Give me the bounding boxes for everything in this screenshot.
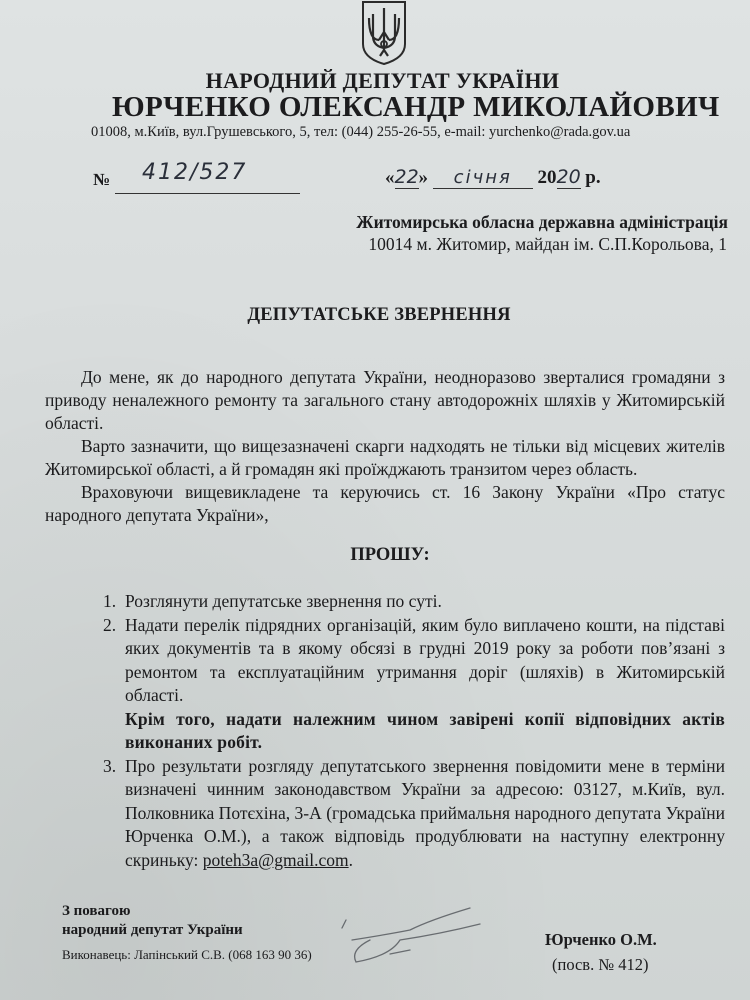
paragraph-1: До мене, як до народного депутата Україн… [45, 366, 725, 435]
request-tail: . [349, 850, 353, 870]
email-link[interactable]: poteh3a@gmail.com [203, 850, 349, 870]
date-year-unit: р. [585, 167, 600, 188]
request-number: 1. [103, 590, 116, 614]
date-month: січня [433, 167, 533, 189]
request-bold-note: Крім того, надати належним чином завірен… [125, 708, 725, 755]
letterhead-name: ЮРЧЕНКО ОЛЕКСАНДР МИКОЛАЙОВИЧ [112, 91, 720, 124]
signer-position: народний депутат України [62, 922, 243, 939]
date-day: 22 [395, 166, 419, 189]
request-item-3: 3. Про результати розгляду депутатського… [103, 755, 725, 873]
request-number: 3. [103, 755, 116, 779]
request-text: Розглянути депутатське звернення по суті… [125, 591, 442, 611]
date-year-prefix: 20 [538, 167, 557, 188]
recipient-organization: Житомирська обласна державна адміністрац… [356, 212, 728, 233]
date-year-suffix: 20 [557, 166, 581, 189]
letter-page: НАРОДНИЙ ДЕПУТАТ УКРАЇНИ ЮРЧЕНКО ОЛЕКСАН… [0, 0, 750, 1000]
request-heading: ПРОШУ: [0, 545, 750, 566]
request-item-2: 2. Надати перелік підрядних організацій,… [103, 614, 725, 755]
request-number: 2. [103, 614, 116, 638]
request-text: Надати перелік підрядних організацій, як… [125, 615, 725, 706]
reference-number-label: № [93, 170, 110, 190]
signer-certificate: (посв. № 412) [552, 955, 648, 975]
date-open-quote: « [385, 167, 395, 188]
document-body: До мене, як до народного депутата Україн… [45, 366, 725, 527]
recipient-address: 10014 м. Житомир, майдан ім. С.П.Корольо… [368, 234, 727, 255]
executor-info: Виконавець: Лапінський С.В. (068 163 90 … [62, 947, 312, 963]
request-list: 1. Розглянути депутатське звернення по с… [103, 590, 725, 872]
signer-name: Юрченко О.М. [545, 930, 657, 950]
document-title: ДЕПУТАТСЬКЕ ЗВЕРНЕННЯ [0, 305, 750, 326]
letterhead-address: 01008, м.Київ, вул.Грушевського, 5, тел:… [91, 124, 630, 141]
closing-phrase: З повагою [62, 903, 130, 920]
handwritten-signature-icon [330, 890, 550, 970]
paragraph-3: Враховуючи вищевикладене та керуючись ст… [45, 481, 725, 527]
paragraph-2: Варто зазначити, що вищезазначені скарги… [45, 435, 725, 481]
reference-number-value: 412/527 [142, 160, 247, 185]
coat-of-arms-trident-icon [359, 0, 409, 66]
date-close-quote: » [419, 167, 429, 188]
request-item-1: 1. Розглянути депутатське звернення по с… [103, 590, 725, 614]
reference-number-underline [115, 193, 300, 194]
reference-date: «22» січня 2020 р. [385, 166, 601, 189]
